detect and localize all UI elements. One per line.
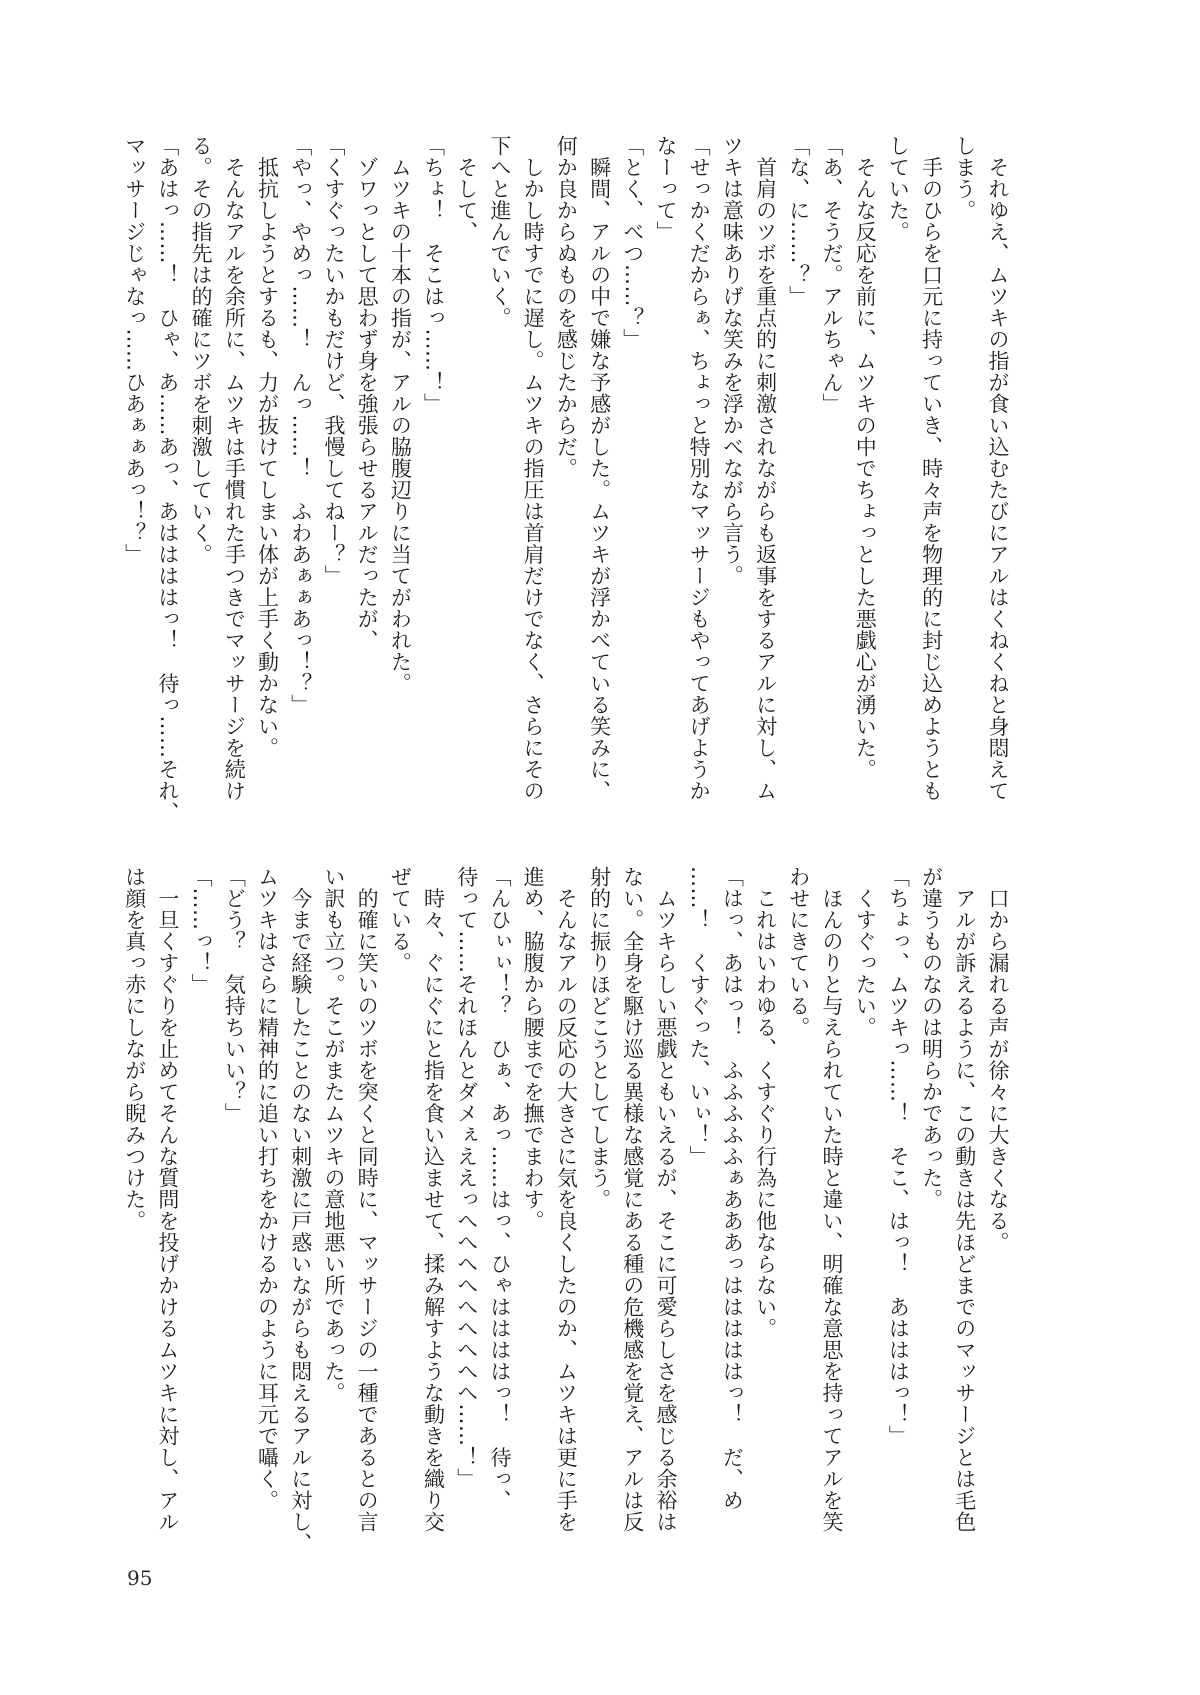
- text-column: それゆえ、ムツキの指が食い込むたびにアルはくねくねと身悶えて: [981, 135, 1014, 803]
- text-column: 進め、脇腹から腰までを撫でまわす。: [516, 866, 549, 1534]
- dialogue-column: 「ちょ！ そこはっ……！」: [416, 135, 449, 803]
- text-column: は顔を真っ赤にしながら睨みつけた。: [118, 866, 151, 1534]
- text-column: 今まで経験したことのない刺激に戸惑いながらも悶えるアルに対し、: [284, 866, 317, 1534]
- text-column: 的確に笑いのツボを突くと同時に、マッサージの一種であるとの言: [350, 866, 383, 1534]
- dialogue-column: 「やっ、やめっ……！ んっ……！ ふわあぁぁあっ！？」: [284, 135, 317, 803]
- lower-text-block: 口から漏れる声が徐々に大きくなる。 アルが訴えるように、この動きは先ほどまでのマ…: [118, 866, 1014, 1534]
- text-column: そんなアルを余所に、ムツキは手慣れた手つきでマッサージを続け: [217, 135, 250, 803]
- dialogue-column: 待って……それほんとダメぇええっへへへへへへへへへ……！」: [450, 866, 483, 1534]
- text-column: ぜている。: [383, 866, 416, 1534]
- dialogue-column: 「どう？ 気持ちいい？」: [217, 866, 250, 1534]
- page-number: 95: [127, 1566, 152, 1590]
- text-column: 射的に振りほどこうとしてしまう。: [582, 866, 615, 1534]
- dialogue-column: 「な、に……？」: [782, 135, 815, 803]
- text-column: ほんのりと与えられていた時と違い、明確な意思を持ってアルを笑: [815, 866, 848, 1534]
- dialogue-column: 「せっかくだからぁ、ちょっと特別なマッサージもやってあげようか: [682, 135, 715, 803]
- book-page: それゆえ、ムツキの指が食い込むたびにアルはくねくねと身悶えて しまう。 手のひら…: [0, 0, 1200, 1695]
- text-column: 口から漏れる声が徐々に大きくなる。: [981, 866, 1014, 1534]
- text-column: 一旦くすぐりを止めてそんな質問を投げかけるムツキに対し、アル: [151, 866, 184, 1534]
- text-column: 下へと進んでいく。: [483, 135, 516, 803]
- text-column: 時々、ぐにぐにと指を食い込ませて、揉み解すような動きを織り交: [416, 866, 449, 1534]
- text-column: ムツキの十本の指が、アルの脇腹辺りに当てがわれた。: [383, 135, 416, 803]
- text-column: そして、: [450, 135, 483, 803]
- text-column: ムツキはさらに精神的に追い打ちをかけるかのように耳元で囁く。: [250, 866, 283, 1534]
- text-column: 瞬間、アルの中で嫌な予感がした。ムツキが浮かべている笑みに、: [582, 135, 615, 803]
- text-column: これはいわゆる、くすぐり行為に他ならない。: [748, 866, 781, 1534]
- text-column: くすぐったい。: [848, 866, 881, 1534]
- dialogue-column: ……！ くすぐった、いぃ！」: [682, 866, 715, 1534]
- dialogue-column: 「とく、べつ……？」: [616, 135, 649, 803]
- text-column: しかし時すでに遅し。ムツキの指圧は首肩だけでなく、さらにその: [516, 135, 549, 803]
- text-column: ツキは意味ありげな笑みを浮かべながら言う。: [715, 135, 748, 803]
- dialogue-column: 「ちょっ、ムツキっ……！ そこ、はっ！ あはははっ！」: [881, 866, 914, 1534]
- text-column: 抵抗しようとするも、力が抜けてしまい体が上手く動かない。: [250, 135, 283, 803]
- dialogue-column: 「……っ！」: [184, 866, 217, 1534]
- text-column: していた。: [881, 135, 914, 803]
- text-column: ない。全身を駆け巡る異様な感覚にある種の危機感を覚え、アルは反: [616, 866, 649, 1534]
- text-column: が違うものなのは明らかであった。: [914, 866, 947, 1534]
- text-column: わせにきている。: [782, 866, 815, 1534]
- dialogue-column: 「んひぃぃ！？ ひぁ、あっ……はっ、ひゃははははっ！ 待っ、: [483, 866, 516, 1534]
- dialogue-column: 「あ、そうだ。アルちゃん」: [815, 135, 848, 803]
- dialogue-column: 「くすぐったいかもだけど、我慢してねー？」: [317, 135, 350, 803]
- text-column: 何か良からぬものを感じたからだ。: [549, 135, 582, 803]
- dialogue-column: 「あはっ……！ ひゃ、あ……あっ、あははははっ！ 待っ……それ、: [151, 135, 184, 803]
- text-column: 首肩のツボを重点的に刺激されながらも返事をするアルに対し、ム: [748, 135, 781, 803]
- dialogue-column: マッサージじゃなっ……ひあぁぁあっ！？」: [118, 135, 151, 803]
- text-column: る。その指先は的確にツボを刺激していく。: [184, 135, 217, 803]
- text-column: ムツキらしい悪戯ともいえるが、そこに可愛らしさを感じる余裕は: [649, 866, 682, 1534]
- text-column: アルが訴えるように、この動きは先ほどまでのマッサージとは毛色: [948, 866, 981, 1534]
- upper-text-block: それゆえ、ムツキの指が食い込むたびにアルはくねくねと身悶えて しまう。 手のひら…: [118, 135, 1014, 803]
- text-column: そんな反応を前に、ムツキの中でちょっとした悪戯心が湧いた。: [848, 135, 881, 803]
- text-column: しまう。: [948, 135, 981, 803]
- text-column: そんなアルの反応の大きさに気を良くしたのか、ムツキは更に手を: [549, 866, 582, 1534]
- dialogue-column: なーって」: [649, 135, 682, 803]
- text-column: ゾワっとして思わず身を強張らせるアルだったが、: [350, 135, 383, 803]
- text-column: い訳も立つ。そこがまたムツキの意地悪い所であった。: [317, 866, 350, 1534]
- dialogue-column: 「はっ、あはっ！ ふふふふふぁあああっはははははっ！ だ、め: [715, 866, 748, 1534]
- text-column: 手のひらを口元に持っていき、時々声を物理的に封じ込めようとも: [914, 135, 947, 803]
